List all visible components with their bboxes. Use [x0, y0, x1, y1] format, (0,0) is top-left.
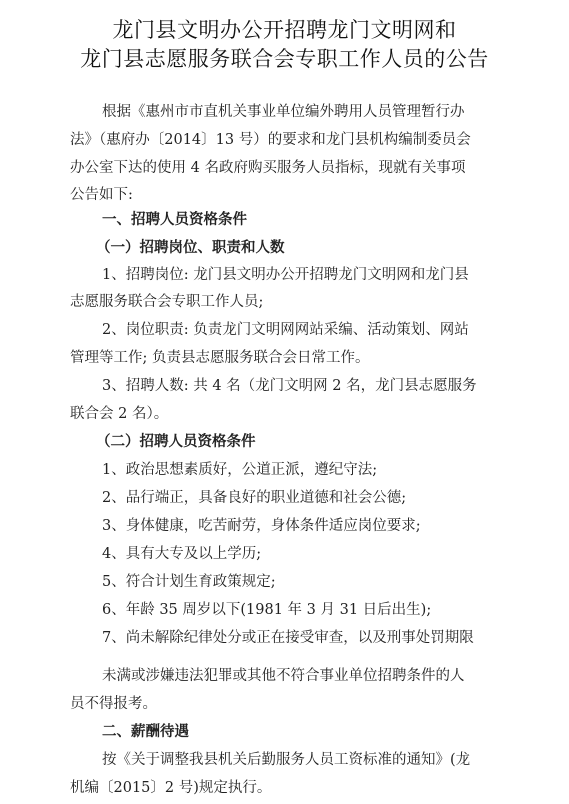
- intro-line: 法》（惠府办〔2014〕13 号）的要求和龙门县机构编制委员会: [70, 128, 436, 149]
- paragraph-line: 3、招聘人数: 共 4 名（龙门文明网 2 名，龙门县志愿服务: [102, 374, 436, 395]
- list-item: 5、符合计划生育政策规定;: [102, 570, 436, 591]
- section-1-heading: 一、招聘人员资格条件: [102, 208, 436, 229]
- list-item: 4、具有大专及以上学历;: [102, 542, 436, 563]
- list-item: 6、年龄 35 周岁以下(1981 年 3 月 31 日后出生);: [102, 598, 436, 619]
- list-item: 2、品行端正，具备良好的职业道德和社会公德;: [102, 486, 436, 507]
- paragraph-line: 联合会 2 名）。: [70, 402, 436, 423]
- paragraph-line: 按《关于调整我县机关后勤服务人员工资标准的通知》(龙: [102, 748, 436, 769]
- section-2-heading: 二、薪酬待遇: [102, 720, 436, 741]
- paragraph-line: 志愿服务联合会专职工作人员;: [70, 290, 436, 311]
- title-line-2: 龙门县志愿服务联合会专职工作人员的公告: [0, 43, 569, 73]
- list-item: 7、尚未解除纪律处分或正在接受审查，以及刑事处罚期限: [102, 626, 436, 647]
- paragraph-line: 2、岗位职责: 负责龙门文明网网站采编、活动策划、网站: [102, 318, 436, 339]
- paragraph-line: 员不得报考。: [70, 692, 436, 713]
- list-item: 3、身体健康，吃苦耐劳，身体条件适应岗位要求;: [102, 514, 436, 535]
- intro-line: 根据《惠州市市直机关事业单位编外聘用人员管理暂行办: [102, 100, 436, 121]
- intro-line: 办公室下达的使用 4 名政府购买服务人员指标，现就有关事项: [70, 156, 436, 177]
- paragraph-line: 未满或涉嫌违法犯罪或其他不符合事业单位招聘条件的人: [102, 664, 436, 685]
- paragraph-line: 机编〔2015〕2 号)规定执行。: [70, 776, 436, 797]
- subsection-2-heading: （二）招聘人员资格条件: [96, 430, 462, 451]
- intro-line: 公告如下:: [70, 183, 436, 204]
- subsection-1-heading: （一）招聘岗位、职责和人数: [96, 236, 462, 257]
- paragraph-line: 管理等工作; 负责县志愿服务联合会日常工作。: [70, 346, 436, 367]
- paragraph-line: 1、招聘岗位: 龙门县文明办公开招聘龙门文明网和龙门县: [102, 263, 436, 284]
- list-item: 1、政治思想素质好，公道正派，遵纪守法;: [102, 458, 436, 479]
- title-line-1: 龙门县文明办公开招聘龙门文明网和: [0, 14, 569, 44]
